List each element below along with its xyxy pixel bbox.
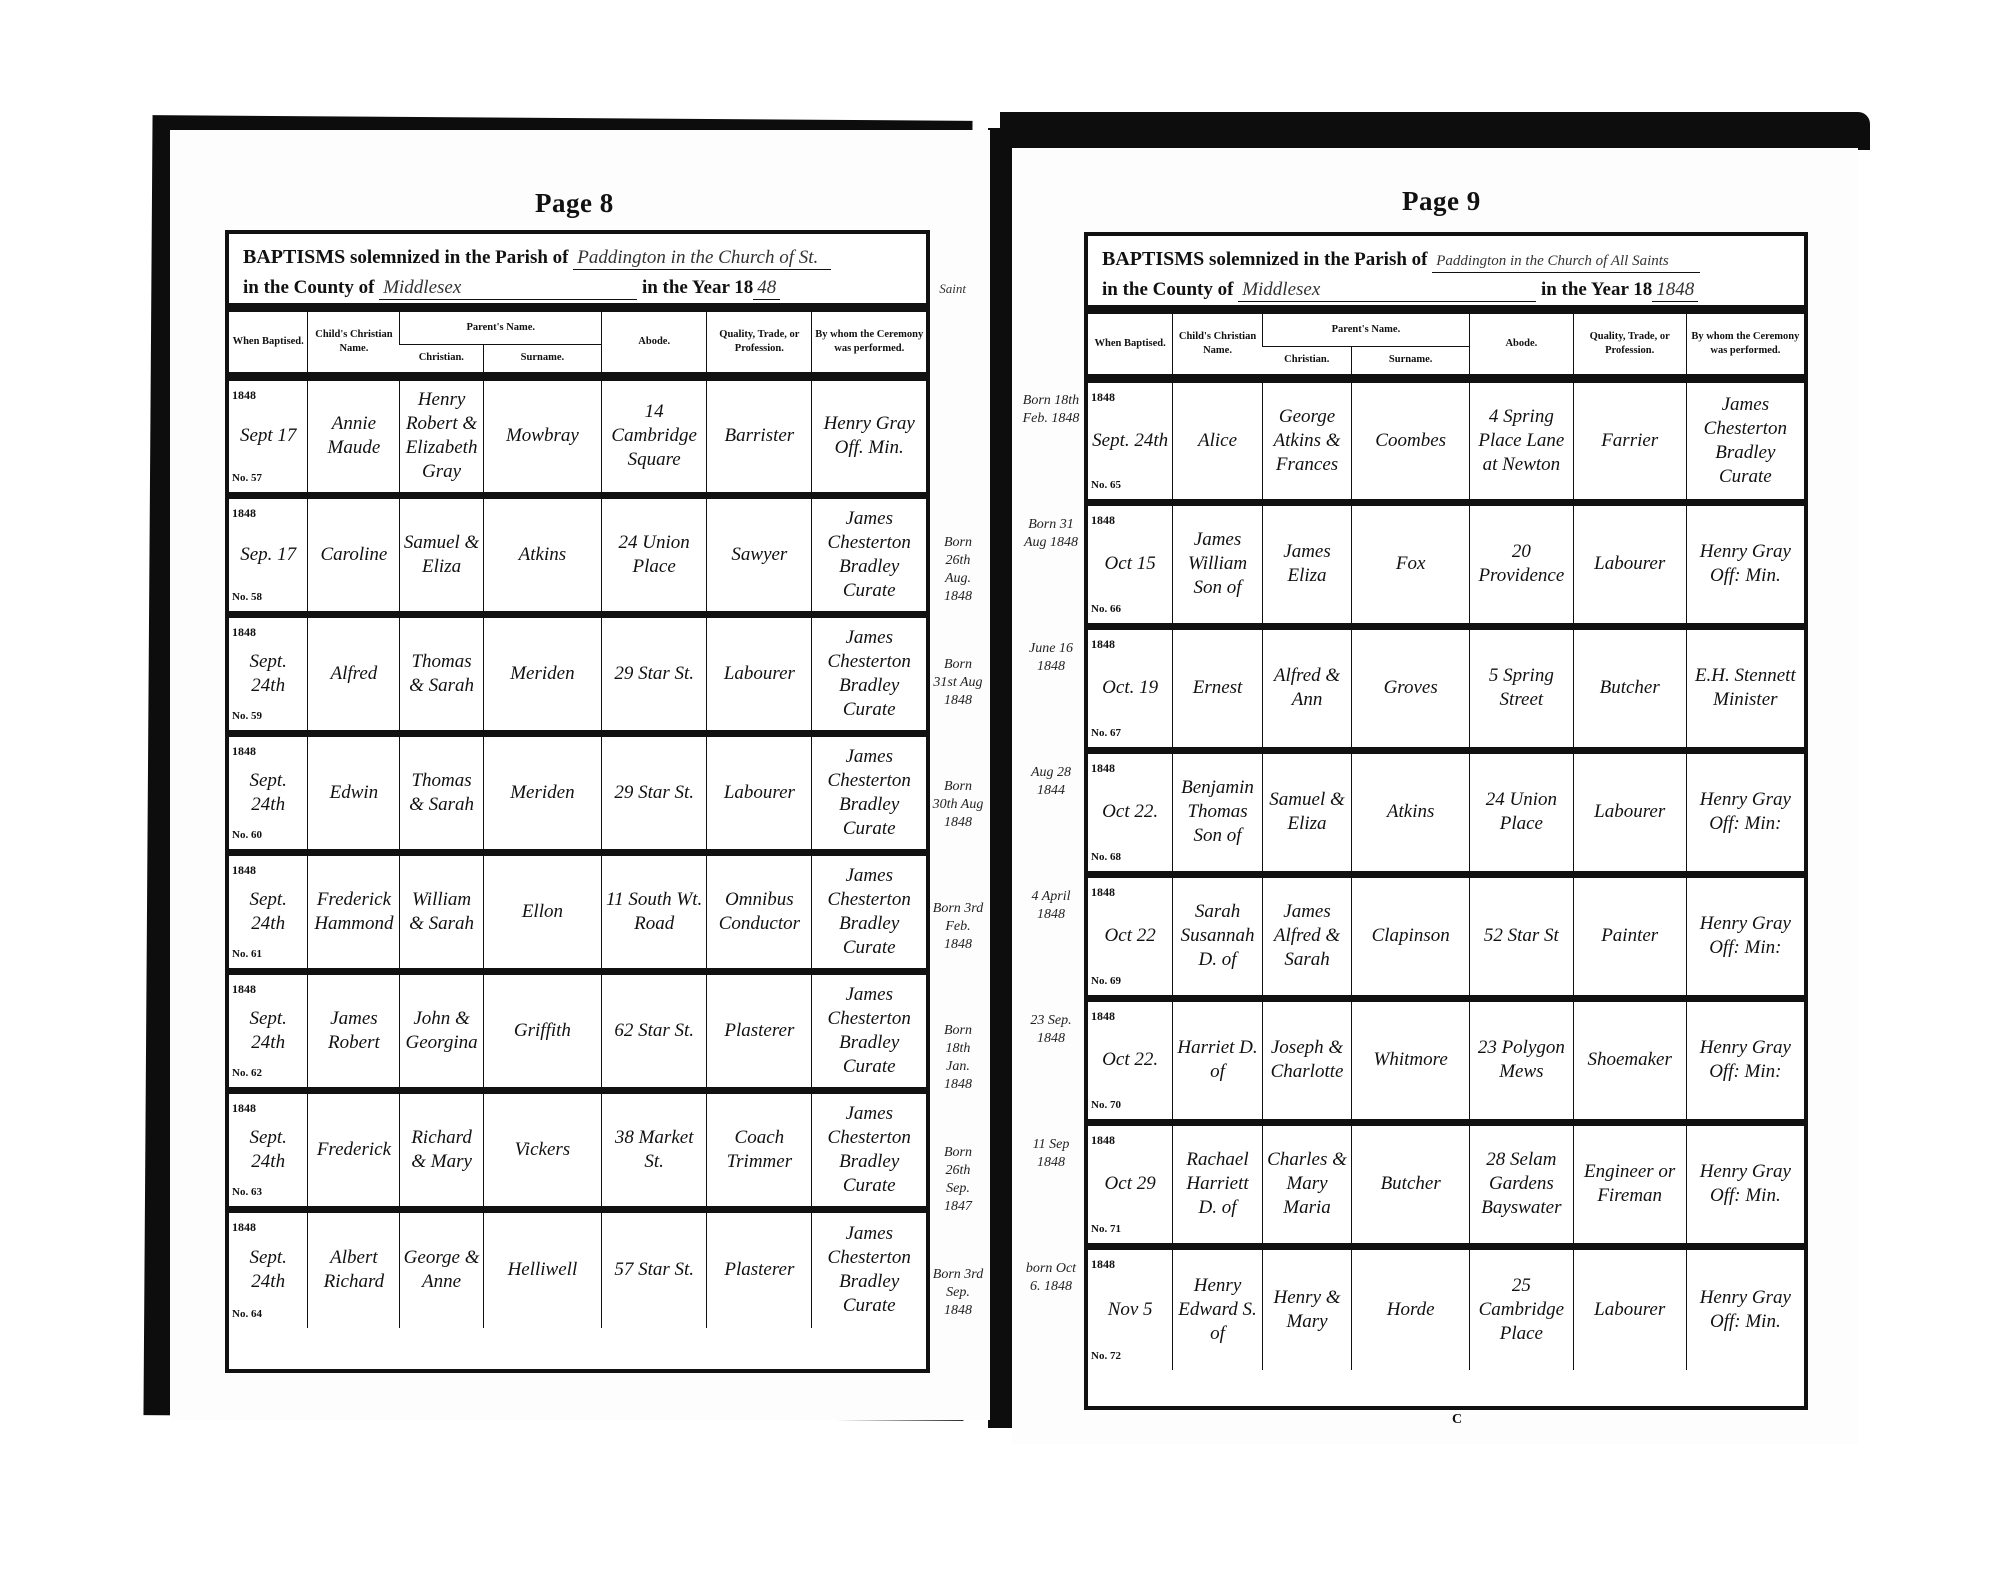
cell-by-whom-text: Henry Gray Off: Min. bbox=[1689, 1160, 1802, 1208]
cell-by-whom: Henry Gray Off: Min: bbox=[1686, 750, 1804, 874]
cell-abode: 4 Spring Place Lane at Newton bbox=[1470, 378, 1574, 502]
cell-abode: 14 Cambridge Square bbox=[602, 376, 707, 495]
cell-when-baptised: 1848No. 59Sept. 24th bbox=[229, 614, 308, 733]
cell-quality: Shoemaker bbox=[1573, 998, 1686, 1122]
entry-year: 1848 bbox=[1091, 1252, 1115, 1276]
entry-year: 1848 bbox=[1091, 385, 1115, 409]
cell-child-name: Rachael Harriett D. of bbox=[1173, 1122, 1263, 1246]
cell-abode: 29 Star St. bbox=[602, 733, 707, 852]
cell-by-whom-text: James Chesterton Bradley Curate bbox=[814, 1222, 924, 1318]
cell-by-whom-text: Henry Gray Off: Min. bbox=[1689, 540, 1802, 588]
cell-surname: Mowbray bbox=[483, 376, 601, 495]
cell-when-baptised: 1848No. 72Nov 5 bbox=[1088, 1246, 1173, 1370]
entry-number: No. 57 bbox=[232, 466, 262, 490]
cell-quality: Labourer bbox=[707, 733, 812, 852]
cell-quality-text: Labourer bbox=[1576, 800, 1684, 824]
cell-surname-text: Atkins bbox=[486, 543, 599, 567]
year-field: 48 bbox=[753, 277, 780, 300]
entry-year: 1848 bbox=[232, 383, 256, 407]
entry-number: No. 59 bbox=[232, 704, 262, 728]
register-table-right: BAPTISMS solemnized in the Parish of Pad… bbox=[1084, 232, 1808, 1410]
cell-when-baptised-text: Oct. 19 bbox=[1090, 676, 1170, 700]
cell-abode-text: 14 Cambridge Square bbox=[604, 400, 704, 472]
cell-child-name-text: Edwin bbox=[310, 781, 397, 805]
table-row: 1848No. 58Sep. 17CarolineSamuel & ElizaA… bbox=[229, 495, 926, 614]
cell-abode: 24 Union Place bbox=[1470, 750, 1574, 874]
cell-when-baptised: 1848No. 57Sept 17 bbox=[229, 376, 308, 495]
table-row: 1848No. 62Sept. 24thJames RobertJohn & G… bbox=[229, 971, 926, 1090]
cell-quality-text: Sawyer bbox=[709, 543, 809, 567]
cell-child-name: James Robert bbox=[308, 971, 400, 1090]
cell-by-whom-text: James Chesterton Bradley Curate bbox=[1689, 393, 1802, 489]
table-row: 1848No. 57Sept 17Annie MaudeHenry Robert… bbox=[229, 376, 926, 495]
col-parents-surname: Surname. bbox=[483, 344, 601, 376]
cell-surname: Horde bbox=[1352, 1246, 1470, 1370]
cell-abode: 5 Spring Street bbox=[1470, 626, 1574, 750]
cell-surname: Clapinson bbox=[1352, 874, 1470, 998]
cell-parents-christian-text: Samuel & Eliza bbox=[1265, 788, 1350, 836]
baptism-table: When Baptised. Child's Christian Name. P… bbox=[1088, 314, 1804, 1370]
cell-child-name: Ernest bbox=[1173, 626, 1263, 750]
cell-abode-text: 57 Star St. bbox=[604, 1258, 704, 1282]
cell-parents-christian: Richard & Mary bbox=[400, 1090, 483, 1209]
cell-parents-christian: Alfred & Ann bbox=[1262, 626, 1352, 750]
cell-abode: 28 Selam Gardens Bayswater bbox=[1470, 1122, 1574, 1246]
birth-date-note: Born 18th Jan. 1848 bbox=[932, 1022, 984, 1094]
cell-parents-christian-text: John & Georgina bbox=[402, 1007, 480, 1055]
cell-surname: Helliwell bbox=[483, 1209, 601, 1328]
entry-year: 1848 bbox=[232, 501, 256, 525]
cell-quality-text: Plasterer bbox=[709, 1258, 809, 1282]
cell-parents-christian: John & Georgina bbox=[400, 971, 483, 1090]
cell-child-name: Annie Maude bbox=[308, 376, 400, 495]
cell-parents-christian-text: Henry & Mary bbox=[1265, 1286, 1350, 1334]
table-row: 1848No. 72Nov 5Henry Edward S. ofHenry &… bbox=[1088, 1246, 1804, 1370]
year-field: 1848 bbox=[1652, 279, 1698, 302]
cell-surname-text: Butcher bbox=[1354, 1172, 1467, 1196]
cell-parents-christian-text: Thomas & Sarah bbox=[402, 769, 480, 817]
cell-abode: 62 Star St. bbox=[602, 971, 707, 1090]
cell-by-whom-text: Henry Gray Off: Min: bbox=[1689, 788, 1802, 836]
cell-abode: 52 Star St bbox=[1470, 874, 1574, 998]
cell-child-name-text: Frederick bbox=[310, 1138, 397, 1162]
cell-by-whom-text: E.H. Stennett Minister bbox=[1689, 664, 1802, 712]
register-heading: BAPTISMS solemnized in the Parish of Pad… bbox=[1088, 236, 1804, 314]
cell-quality-text: Engineer or Fireman bbox=[1576, 1160, 1684, 1208]
table-row: 1848No. 60Sept. 24thEdwinThomas & SarahM… bbox=[229, 733, 926, 852]
cell-parents-christian: William & Sarah bbox=[400, 852, 483, 971]
entry-year: 1848 bbox=[232, 977, 256, 1001]
col-by-whom: By whom the Ceremony was performed. bbox=[812, 312, 926, 376]
cell-quality: Labourer bbox=[707, 614, 812, 733]
cell-when-baptised-text: Oct 22. bbox=[1090, 1048, 1170, 1072]
cell-child-name-text: Alice bbox=[1175, 429, 1260, 453]
cell-quality: Plasterer bbox=[707, 971, 812, 1090]
col-child: Child's Christian Name. bbox=[1173, 314, 1263, 378]
birth-date-note: Born 3rd Feb. 1848 bbox=[932, 900, 984, 954]
entry-number: No. 72 bbox=[1091, 1344, 1121, 1368]
signature-mark: C bbox=[1452, 1412, 1462, 1428]
cell-when-baptised: 1848No. 60Sept. 24th bbox=[229, 733, 308, 852]
cell-when-baptised: 1848No. 63Sept. 24th bbox=[229, 1090, 308, 1209]
cell-when-baptised-text: Sept. 24th bbox=[231, 1007, 305, 1055]
cell-when-baptised-text: Oct 22 bbox=[1090, 924, 1170, 948]
cell-abode: 23 Polygon Mews bbox=[1470, 998, 1574, 1122]
cell-surname-text: Meriden bbox=[486, 662, 599, 686]
col-by-whom: By whom the Ceremony was performed. bbox=[1686, 314, 1804, 378]
cell-by-whom-text: James Chesterton Bradley Curate bbox=[814, 1102, 924, 1198]
page-left: Page 8 BAPTISMS solemnized in the Parish… bbox=[170, 130, 990, 1420]
cell-child-name-text: Alfred bbox=[310, 662, 397, 686]
cell-parents-christian: George & Anne bbox=[400, 1209, 483, 1328]
cell-when-baptised: 1848No. 69Oct 22 bbox=[1088, 874, 1173, 998]
cell-quality-text: Farrier bbox=[1576, 429, 1684, 453]
cell-abode-text: 52 Star St bbox=[1472, 924, 1571, 948]
cell-surname: Meriden bbox=[483, 614, 601, 733]
cell-parents-christian-text: Henry Robert & Elizabeth Gray bbox=[402, 388, 480, 484]
table-row: 1848No. 63Sept. 24thFrederickRichard & M… bbox=[229, 1090, 926, 1209]
cell-by-whom: Henry Gray Off: Min. bbox=[1686, 1246, 1804, 1370]
cell-abode-text: 20 Providence bbox=[1472, 540, 1571, 588]
cell-parents-christian: Thomas & Sarah bbox=[400, 614, 483, 733]
cell-child-name-text: Annie Maude bbox=[310, 412, 397, 460]
birth-date-note: born Oct 6. 1848 bbox=[1022, 1260, 1080, 1296]
entry-year: 1848 bbox=[232, 739, 256, 763]
cell-when-baptised-text: Oct 15 bbox=[1090, 552, 1170, 576]
cell-parents-christian: Joseph & Charlotte bbox=[1262, 998, 1352, 1122]
parish-field: Paddington in the Church of All Saints bbox=[1432, 250, 1700, 273]
cell-quality: Coach Trimmer bbox=[707, 1090, 812, 1209]
cell-by-whom: James Chesterton Bradley Curate bbox=[1686, 378, 1804, 502]
cell-by-whom: James Chesterton Bradley Curate bbox=[812, 852, 926, 971]
entry-number: No. 64 bbox=[232, 1302, 262, 1326]
cell-child-name-text: Albert Richard bbox=[310, 1246, 397, 1294]
parish-field: Paddington in the Church of St. bbox=[573, 247, 831, 270]
cell-child-name: Benjamin Thomas Son of bbox=[1173, 750, 1263, 874]
cell-surname: Ellon bbox=[483, 852, 601, 971]
entry-number: No. 71 bbox=[1091, 1217, 1121, 1241]
cell-when-baptised: 1848No. 71Oct 29 bbox=[1088, 1122, 1173, 1246]
birth-date-note: 23 Sep. 1848 bbox=[1022, 1012, 1080, 1048]
cell-surname: Atkins bbox=[1352, 750, 1470, 874]
register-table-left: BAPTISMS solemnized in the Parish of Pad… bbox=[225, 230, 930, 1373]
table-row: 1848No. 70Oct 22.Harriet D. ofJoseph & C… bbox=[1088, 998, 1804, 1122]
birth-date-note: Born 26th Sep. 1847 bbox=[932, 1144, 984, 1216]
cell-when-baptised-text: Sept. 24th bbox=[231, 769, 305, 817]
cell-when-baptised: 1848No. 58Sep. 17 bbox=[229, 495, 308, 614]
entry-year: 1848 bbox=[232, 1215, 256, 1239]
cell-quality: Labourer bbox=[1573, 502, 1686, 626]
cell-by-whom: Henry Gray Off: Min. bbox=[1686, 502, 1804, 626]
cell-quality: Butcher bbox=[1573, 626, 1686, 750]
entry-number: No. 60 bbox=[232, 823, 262, 847]
cell-abode-text: 4 Spring Place Lane at Newton bbox=[1472, 405, 1571, 477]
cell-child-name: Edwin bbox=[308, 733, 400, 852]
cell-when-baptised: 1848No. 64Sept. 24th bbox=[229, 1209, 308, 1328]
cell-abode: 11 South Wt. Road bbox=[602, 852, 707, 971]
entry-number: No. 58 bbox=[232, 585, 262, 609]
cell-abode: 25 Cambridge Place bbox=[1470, 1246, 1574, 1370]
cell-parents-christian: George Atkins & Frances bbox=[1262, 378, 1352, 502]
cell-by-whom: James Chesterton Bradley Curate bbox=[812, 971, 926, 1090]
cell-by-whom: James Chesterton Bradley Curate bbox=[812, 1209, 926, 1328]
page-title: Page 9 bbox=[1402, 186, 1481, 217]
col-abode: Abode. bbox=[1470, 314, 1574, 378]
birth-date-note: Born 3rd Sep. 1848 bbox=[932, 1266, 984, 1320]
col-quality: Quality, Trade, or Profession. bbox=[1573, 314, 1686, 378]
table-row: 1848No. 61Sept. 24thFrederick HammondWil… bbox=[229, 852, 926, 971]
entry-number: No. 69 bbox=[1091, 969, 1121, 993]
birth-date-note: Born 31 Aug 1848 bbox=[1022, 516, 1080, 552]
cell-quality: Labourer bbox=[1573, 1246, 1686, 1370]
cell-surname: Whitmore bbox=[1352, 998, 1470, 1122]
cell-quality: Labourer bbox=[1573, 750, 1686, 874]
cell-parents-christian: Charles & Mary Maria bbox=[1262, 1122, 1352, 1246]
cell-quality-text: Shoemaker bbox=[1576, 1048, 1684, 1072]
cell-child-name: James William Son of bbox=[1173, 502, 1263, 626]
birth-date-note: Born 18th Feb. 1848 bbox=[1022, 392, 1080, 428]
cell-by-whom: Henry Gray Off. Min. bbox=[812, 376, 926, 495]
col-parents-christian: Christian. bbox=[400, 344, 483, 376]
cell-when-baptised: 1848No. 68Oct 22. bbox=[1088, 750, 1173, 874]
cell-surname-text: Atkins bbox=[1354, 800, 1467, 824]
cell-by-whom: James Chesterton Bradley Curate bbox=[812, 1090, 926, 1209]
cell-parents-christian: Henry Robert & Elizabeth Gray bbox=[400, 376, 483, 495]
cell-surname-text: Horde bbox=[1354, 1298, 1467, 1322]
birth-date-note: Aug 28 1844 bbox=[1022, 764, 1080, 800]
cell-by-whom-text: Henry Gray Off: Min: bbox=[1689, 1036, 1802, 1084]
cell-abode: 38 Market St. bbox=[602, 1090, 707, 1209]
cell-child-name-text: Benjamin Thomas Son of bbox=[1175, 776, 1260, 848]
cell-abode-text: 28 Selam Gardens Bayswater bbox=[1472, 1148, 1571, 1220]
cell-by-whom: E.H. Stennett Minister bbox=[1686, 626, 1804, 750]
cell-when-baptised-text: Oct 29 bbox=[1090, 1172, 1170, 1196]
cell-by-whom: Henry Gray Off: Min. bbox=[1686, 1122, 1804, 1246]
cell-parents-christian-text: Alfred & Ann bbox=[1265, 664, 1350, 712]
cell-parents-christian: James Eliza bbox=[1262, 502, 1352, 626]
cell-surname: Griffith bbox=[483, 971, 601, 1090]
page-right: Page 9 BAPTISMS solemnized in the Parish… bbox=[1012, 148, 1858, 1444]
cell-when-baptised-text: Sep. 17 bbox=[231, 543, 305, 567]
cell-child-name: Alice bbox=[1173, 378, 1263, 502]
cell-parents-christian: Samuel & Eliza bbox=[1262, 750, 1352, 874]
cell-child-name: Henry Edward S. of bbox=[1173, 1246, 1263, 1370]
entry-year: 1848 bbox=[1091, 756, 1115, 780]
col-parents-surname: Surname. bbox=[1352, 346, 1470, 378]
right-cover bbox=[1000, 112, 1870, 150]
cell-quality-text: Omnibus Conductor bbox=[709, 888, 809, 936]
cell-abode-text: 38 Market St. bbox=[604, 1126, 704, 1174]
cell-child-name-text: Caroline bbox=[310, 543, 397, 567]
cell-by-whom: James Chesterton Bradley Curate bbox=[812, 495, 926, 614]
cell-child-name: Sarah Susannah D. of bbox=[1173, 874, 1263, 998]
cell-abode-text: 11 South Wt. Road bbox=[604, 888, 704, 936]
cell-surname-text: Griffith bbox=[486, 1019, 599, 1043]
table-row: 1848No. 68Oct 22.Benjamin Thomas Son ofS… bbox=[1088, 750, 1804, 874]
cell-abode-text: 25 Cambridge Place bbox=[1472, 1274, 1571, 1346]
cell-abode: 24 Union Place bbox=[602, 495, 707, 614]
cell-by-whom-text: James Chesterton Bradley Curate bbox=[814, 626, 924, 722]
col-parents: Parent's Name. bbox=[1262, 314, 1469, 346]
cell-child-name: Frederick bbox=[308, 1090, 400, 1209]
cell-quality: Barrister bbox=[707, 376, 812, 495]
col-parents-christian: Christian. bbox=[1262, 346, 1352, 378]
cell-when-baptised-text: Sept. 24th bbox=[231, 1246, 305, 1294]
cell-surname: Fox bbox=[1352, 502, 1470, 626]
cell-quality: Farrier bbox=[1573, 378, 1686, 502]
cell-quality: Plasterer bbox=[707, 1209, 812, 1328]
cell-when-baptised-text: Nov 5 bbox=[1090, 1298, 1170, 1322]
entry-year: 1848 bbox=[232, 858, 256, 882]
cell-when-baptised-text: Sept. 24th bbox=[231, 888, 305, 936]
cell-by-whom: Henry Gray Off: Min: bbox=[1686, 998, 1804, 1122]
cell-quality-text: Labourer bbox=[1576, 552, 1684, 576]
cell-parents-christian-text: Charles & Mary Maria bbox=[1265, 1148, 1350, 1220]
entry-year: 1848 bbox=[1091, 1004, 1115, 1028]
cell-child-name-text: Harriet D. of bbox=[1175, 1036, 1260, 1084]
table-row: 1848No. 71Oct 29Rachael Harriett D. ofCh… bbox=[1088, 1122, 1804, 1246]
cell-surname-text: Whitmore bbox=[1354, 1048, 1467, 1072]
col-abode: Abode. bbox=[602, 312, 707, 376]
table-row: 1848No. 66Oct 15James William Son ofJame… bbox=[1088, 502, 1804, 626]
cell-child-name: Caroline bbox=[308, 495, 400, 614]
cell-child-name-text: James William Son of bbox=[1175, 528, 1260, 600]
cell-child-name-text: Sarah Susannah D. of bbox=[1175, 900, 1260, 972]
cell-when-baptised-text: Sept 17 bbox=[231, 424, 305, 448]
birth-notes-right: Born 18th Feb. 1848Born 31 Aug 1848June … bbox=[1022, 378, 1080, 1408]
cell-surname: Groves bbox=[1352, 626, 1470, 750]
cell-by-whom: Henry Gray Off: Min: bbox=[1686, 874, 1804, 998]
entry-number: No. 62 bbox=[232, 1061, 262, 1085]
cell-surname: Meriden bbox=[483, 733, 601, 852]
birth-date-note: June 16 1848 bbox=[1022, 640, 1080, 676]
col-when: When Baptised. bbox=[1088, 314, 1173, 378]
cell-surname: Butcher bbox=[1352, 1122, 1470, 1246]
cell-by-whom-text: Henry Gray Off: Min. bbox=[1689, 1286, 1802, 1334]
cell-abode: 57 Star St. bbox=[602, 1209, 707, 1328]
cell-child-name-text: Henry Edward S. of bbox=[1175, 1274, 1260, 1346]
cell-child-name-text: Ernest bbox=[1175, 676, 1260, 700]
cell-by-whom-text: James Chesterton Bradley Curate bbox=[814, 864, 924, 960]
cell-by-whom-text: James Chesterton Bradley Curate bbox=[814, 983, 924, 1079]
cell-by-whom-text: James Chesterton Bradley Curate bbox=[814, 745, 924, 841]
entry-number: No. 63 bbox=[232, 1180, 262, 1204]
table-row: 1848No. 59Sept. 24thAlfredThomas & Sarah… bbox=[229, 614, 926, 733]
cell-by-whom: James Chesterton Bradley Curate bbox=[812, 614, 926, 733]
birth-notes-left: Born 26th Aug. 1848Born 31st Aug 1848Bor… bbox=[932, 398, 984, 1374]
cell-child-name-text: Frederick Hammond bbox=[310, 888, 397, 936]
cell-quality: Engineer or Fireman bbox=[1573, 1122, 1686, 1246]
cell-surname-text: Vickers bbox=[486, 1138, 599, 1162]
cell-quality-text: Coach Trimmer bbox=[709, 1126, 809, 1174]
birth-date-note: Born 30th Aug 1848 bbox=[932, 778, 984, 832]
col-when: When Baptised. bbox=[229, 312, 308, 376]
entry-number: No. 65 bbox=[1091, 473, 1121, 497]
cell-quality-text: Labourer bbox=[1576, 1298, 1684, 1322]
parish-margin-note: Saint bbox=[939, 274, 966, 304]
cell-abode-text: 23 Polygon Mews bbox=[1472, 1036, 1571, 1084]
cell-parents-christian: Henry & Mary bbox=[1262, 1246, 1352, 1370]
cell-by-whom-text: Henry Gray Off. Min. bbox=[814, 412, 924, 460]
cell-abode-text: 5 Spring Street bbox=[1472, 664, 1571, 712]
entry-year: 1848 bbox=[232, 620, 256, 644]
register-heading: BAPTISMS solemnized in the Parish of Pad… bbox=[229, 234, 926, 312]
cell-parents-christian-text: Richard & Mary bbox=[402, 1126, 480, 1174]
entry-year: 1848 bbox=[1091, 508, 1115, 532]
cell-quality-text: Barrister bbox=[709, 424, 809, 448]
col-parents: Parent's Name. bbox=[400, 312, 602, 344]
cell-when-baptised: 1848No. 70Oct 22. bbox=[1088, 998, 1173, 1122]
cell-parents-christian-text: Joseph & Charlotte bbox=[1265, 1036, 1350, 1084]
cell-abode-text: 24 Union Place bbox=[1472, 788, 1571, 836]
cell-quality: Omnibus Conductor bbox=[707, 852, 812, 971]
cell-child-name-text: James Robert bbox=[310, 1007, 397, 1055]
cell-surname-text: Helliwell bbox=[486, 1258, 599, 1282]
cell-parents-christian: James Alfred & Sarah bbox=[1262, 874, 1352, 998]
cell-when-baptised-text: Sept. 24th bbox=[1090, 429, 1170, 453]
cell-child-name: Harriet D. of bbox=[1173, 998, 1263, 1122]
cell-when-baptised: 1848No. 66Oct 15 bbox=[1088, 502, 1173, 626]
cell-surname: Atkins bbox=[483, 495, 601, 614]
cell-surname-text: Clapinson bbox=[1354, 924, 1467, 948]
cell-abode-text: 29 Star St. bbox=[604, 781, 704, 805]
cell-abode-text: 29 Star St. bbox=[604, 662, 704, 686]
cell-parents-christian-text: Thomas & Sarah bbox=[402, 650, 480, 698]
cell-when-baptised: 1848No. 62Sept. 24th bbox=[229, 971, 308, 1090]
cell-quality: Painter bbox=[1573, 874, 1686, 998]
cell-when-baptised-text: Sept. 24th bbox=[231, 1126, 305, 1174]
cell-surname: Vickers bbox=[483, 1090, 601, 1209]
cell-quality-text: Labourer bbox=[709, 781, 809, 805]
col-quality: Quality, Trade, or Profession. bbox=[707, 312, 812, 376]
cell-surname-text: Fox bbox=[1354, 552, 1467, 576]
cell-surname-text: Groves bbox=[1354, 676, 1467, 700]
cell-abode-text: 24 Union Place bbox=[604, 531, 704, 579]
cell-parents-christian-text: William & Sarah bbox=[402, 888, 480, 936]
cell-when-baptised: 1848No. 61Sept. 24th bbox=[229, 852, 308, 971]
cell-abode: 29 Star St. bbox=[602, 614, 707, 733]
book-spine bbox=[988, 128, 1012, 1428]
birth-date-note: 11 Sep 1848 bbox=[1022, 1136, 1080, 1172]
cell-surname-text: Ellon bbox=[486, 900, 599, 924]
cell-parents-christian: Samuel & Eliza bbox=[400, 495, 483, 614]
cell-abode-text: 62 Star St. bbox=[604, 1019, 704, 1043]
entry-number: No. 70 bbox=[1091, 1093, 1121, 1117]
cell-when-baptised: 1848No. 67Oct. 19 bbox=[1088, 626, 1173, 750]
table-row: 1848No. 65Sept. 24thAliceGeorge Atkins &… bbox=[1088, 378, 1804, 502]
county-field: Middlesex bbox=[1238, 279, 1536, 302]
entry-year: 1848 bbox=[1091, 880, 1115, 904]
birth-date-note: Born 31st Aug 1848 bbox=[932, 656, 984, 710]
cell-parents-christian-text: George Atkins & Frances bbox=[1265, 405, 1350, 477]
birth-date-note: 4 April 1848 bbox=[1022, 888, 1080, 924]
cell-surname-text: Meriden bbox=[486, 781, 599, 805]
cell-parents-christian-text: James Alfred & Sarah bbox=[1265, 900, 1350, 972]
cell-surname-text: Mowbray bbox=[486, 424, 599, 448]
entry-number: No. 66 bbox=[1091, 597, 1121, 621]
cell-by-whom: James Chesterton Bradley Curate bbox=[812, 733, 926, 852]
cell-when-baptised-text: Oct 22. bbox=[1090, 800, 1170, 824]
page-title: Page 8 bbox=[535, 188, 614, 219]
cell-parents-christian-text: George & Anne bbox=[402, 1246, 480, 1294]
table-row: 1848No. 64Sept. 24thAlbert RichardGeorge… bbox=[229, 1209, 926, 1328]
cell-quality-text: Butcher bbox=[1576, 676, 1684, 700]
cell-parents-christian: Thomas & Sarah bbox=[400, 733, 483, 852]
cell-quality: Sawyer bbox=[707, 495, 812, 614]
cell-quality-text: Labourer bbox=[709, 662, 809, 686]
entry-year: 1848 bbox=[1091, 1128, 1115, 1152]
cell-parents-christian-text: James Eliza bbox=[1265, 540, 1350, 588]
